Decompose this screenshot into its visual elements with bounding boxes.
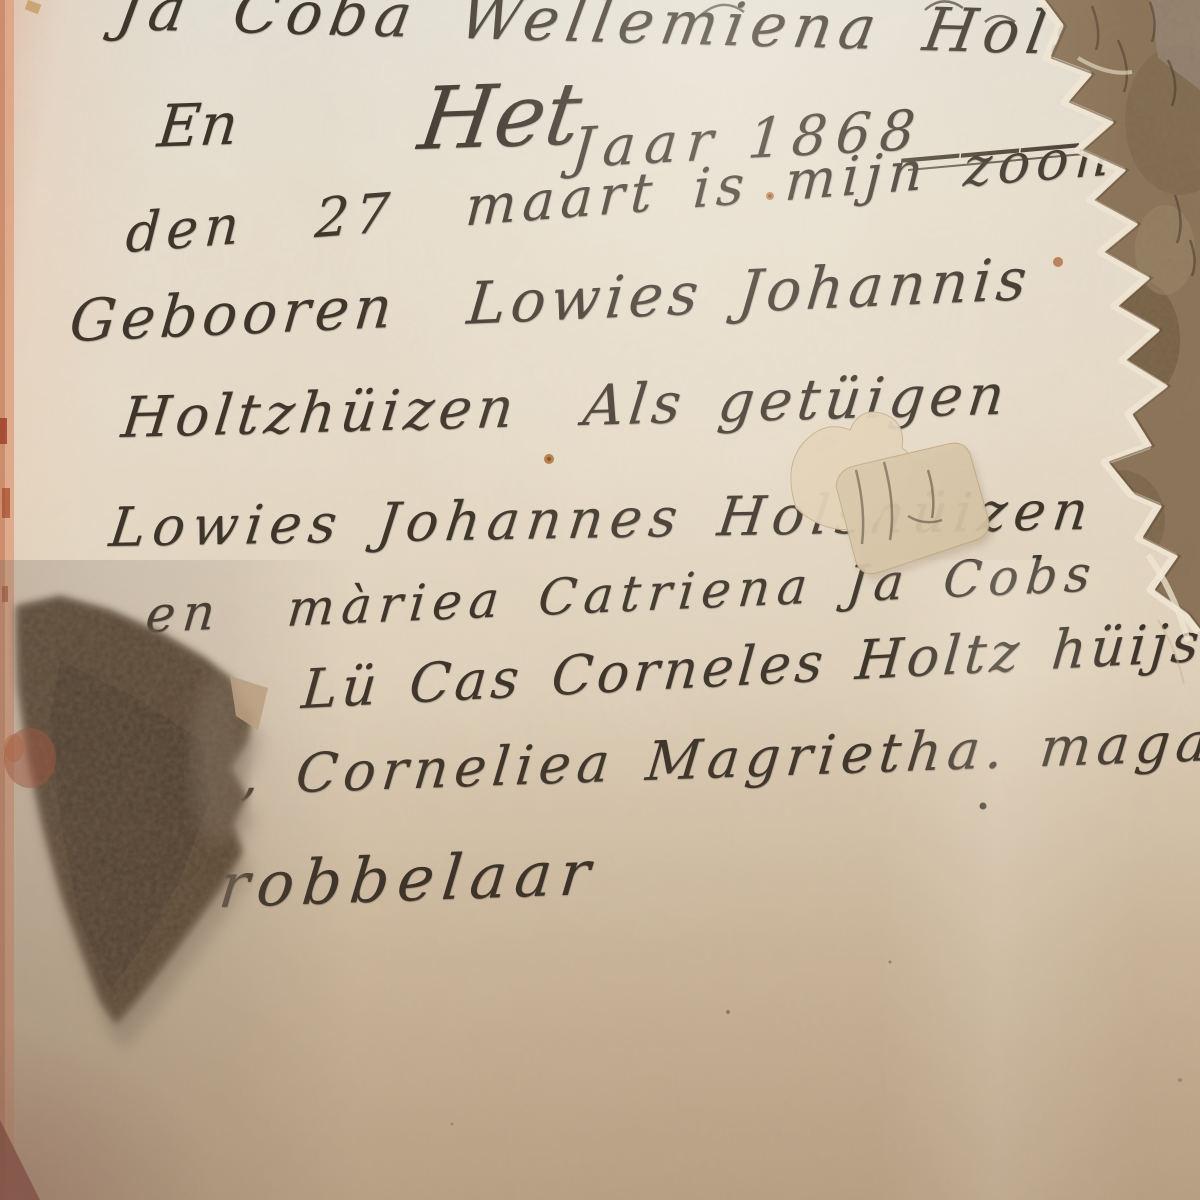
paper-fleck	[25, 0, 42, 14]
speck	[726, 1010, 730, 1014]
binding-red-mark	[2, 586, 8, 602]
rust-stain	[1053, 257, 1063, 267]
red-stain	[4, 734, 24, 762]
rust-stain-core	[547, 457, 551, 461]
speck	[451, 1123, 454, 1126]
red-stain	[4, 728, 56, 788]
handwriting-line-6: Lowies Johannes Holshüizen	[106, 481, 1098, 558]
speck	[1178, 1078, 1182, 1082]
binding-red-mark	[2, 488, 10, 518]
hole-tan-notch	[230, 676, 268, 730]
speck	[889, 961, 892, 964]
handwriting-line-1: Ja Coba Wellemiena Holsh	[112, 0, 1141, 69]
document-photo: Ja Coba Wellemiena Holsh En Het Jaar 186…	[0, 0, 1200, 1200]
rust-stain	[544, 454, 554, 464]
burn-hole	[0, 580, 270, 1050]
handwriting-line-2-en: En	[155, 92, 241, 159]
handwriting-line-9: , Corneliea Magrietha. maga	[239, 712, 1200, 806]
handwriting-line-4: Gebooren Lowies Johannis	[67, 248, 1034, 354]
binding-strip	[0, 0, 41, 1200]
corner-dark-wedge	[0, 1120, 40, 1200]
handwriting-line-10: Grobbelaar	[158, 839, 601, 923]
binding-red-mark	[0, 418, 7, 444]
bottom-left-corner-tint	[0, 1020, 220, 1200]
ink-blot	[980, 803, 987, 810]
handwriting-line-2-het: Het	[413, 67, 587, 168]
handwriting-line-5: Holtzhüizen Als getüigen	[118, 365, 1012, 450]
hole-fuzzy-fringe	[190, 675, 246, 845]
